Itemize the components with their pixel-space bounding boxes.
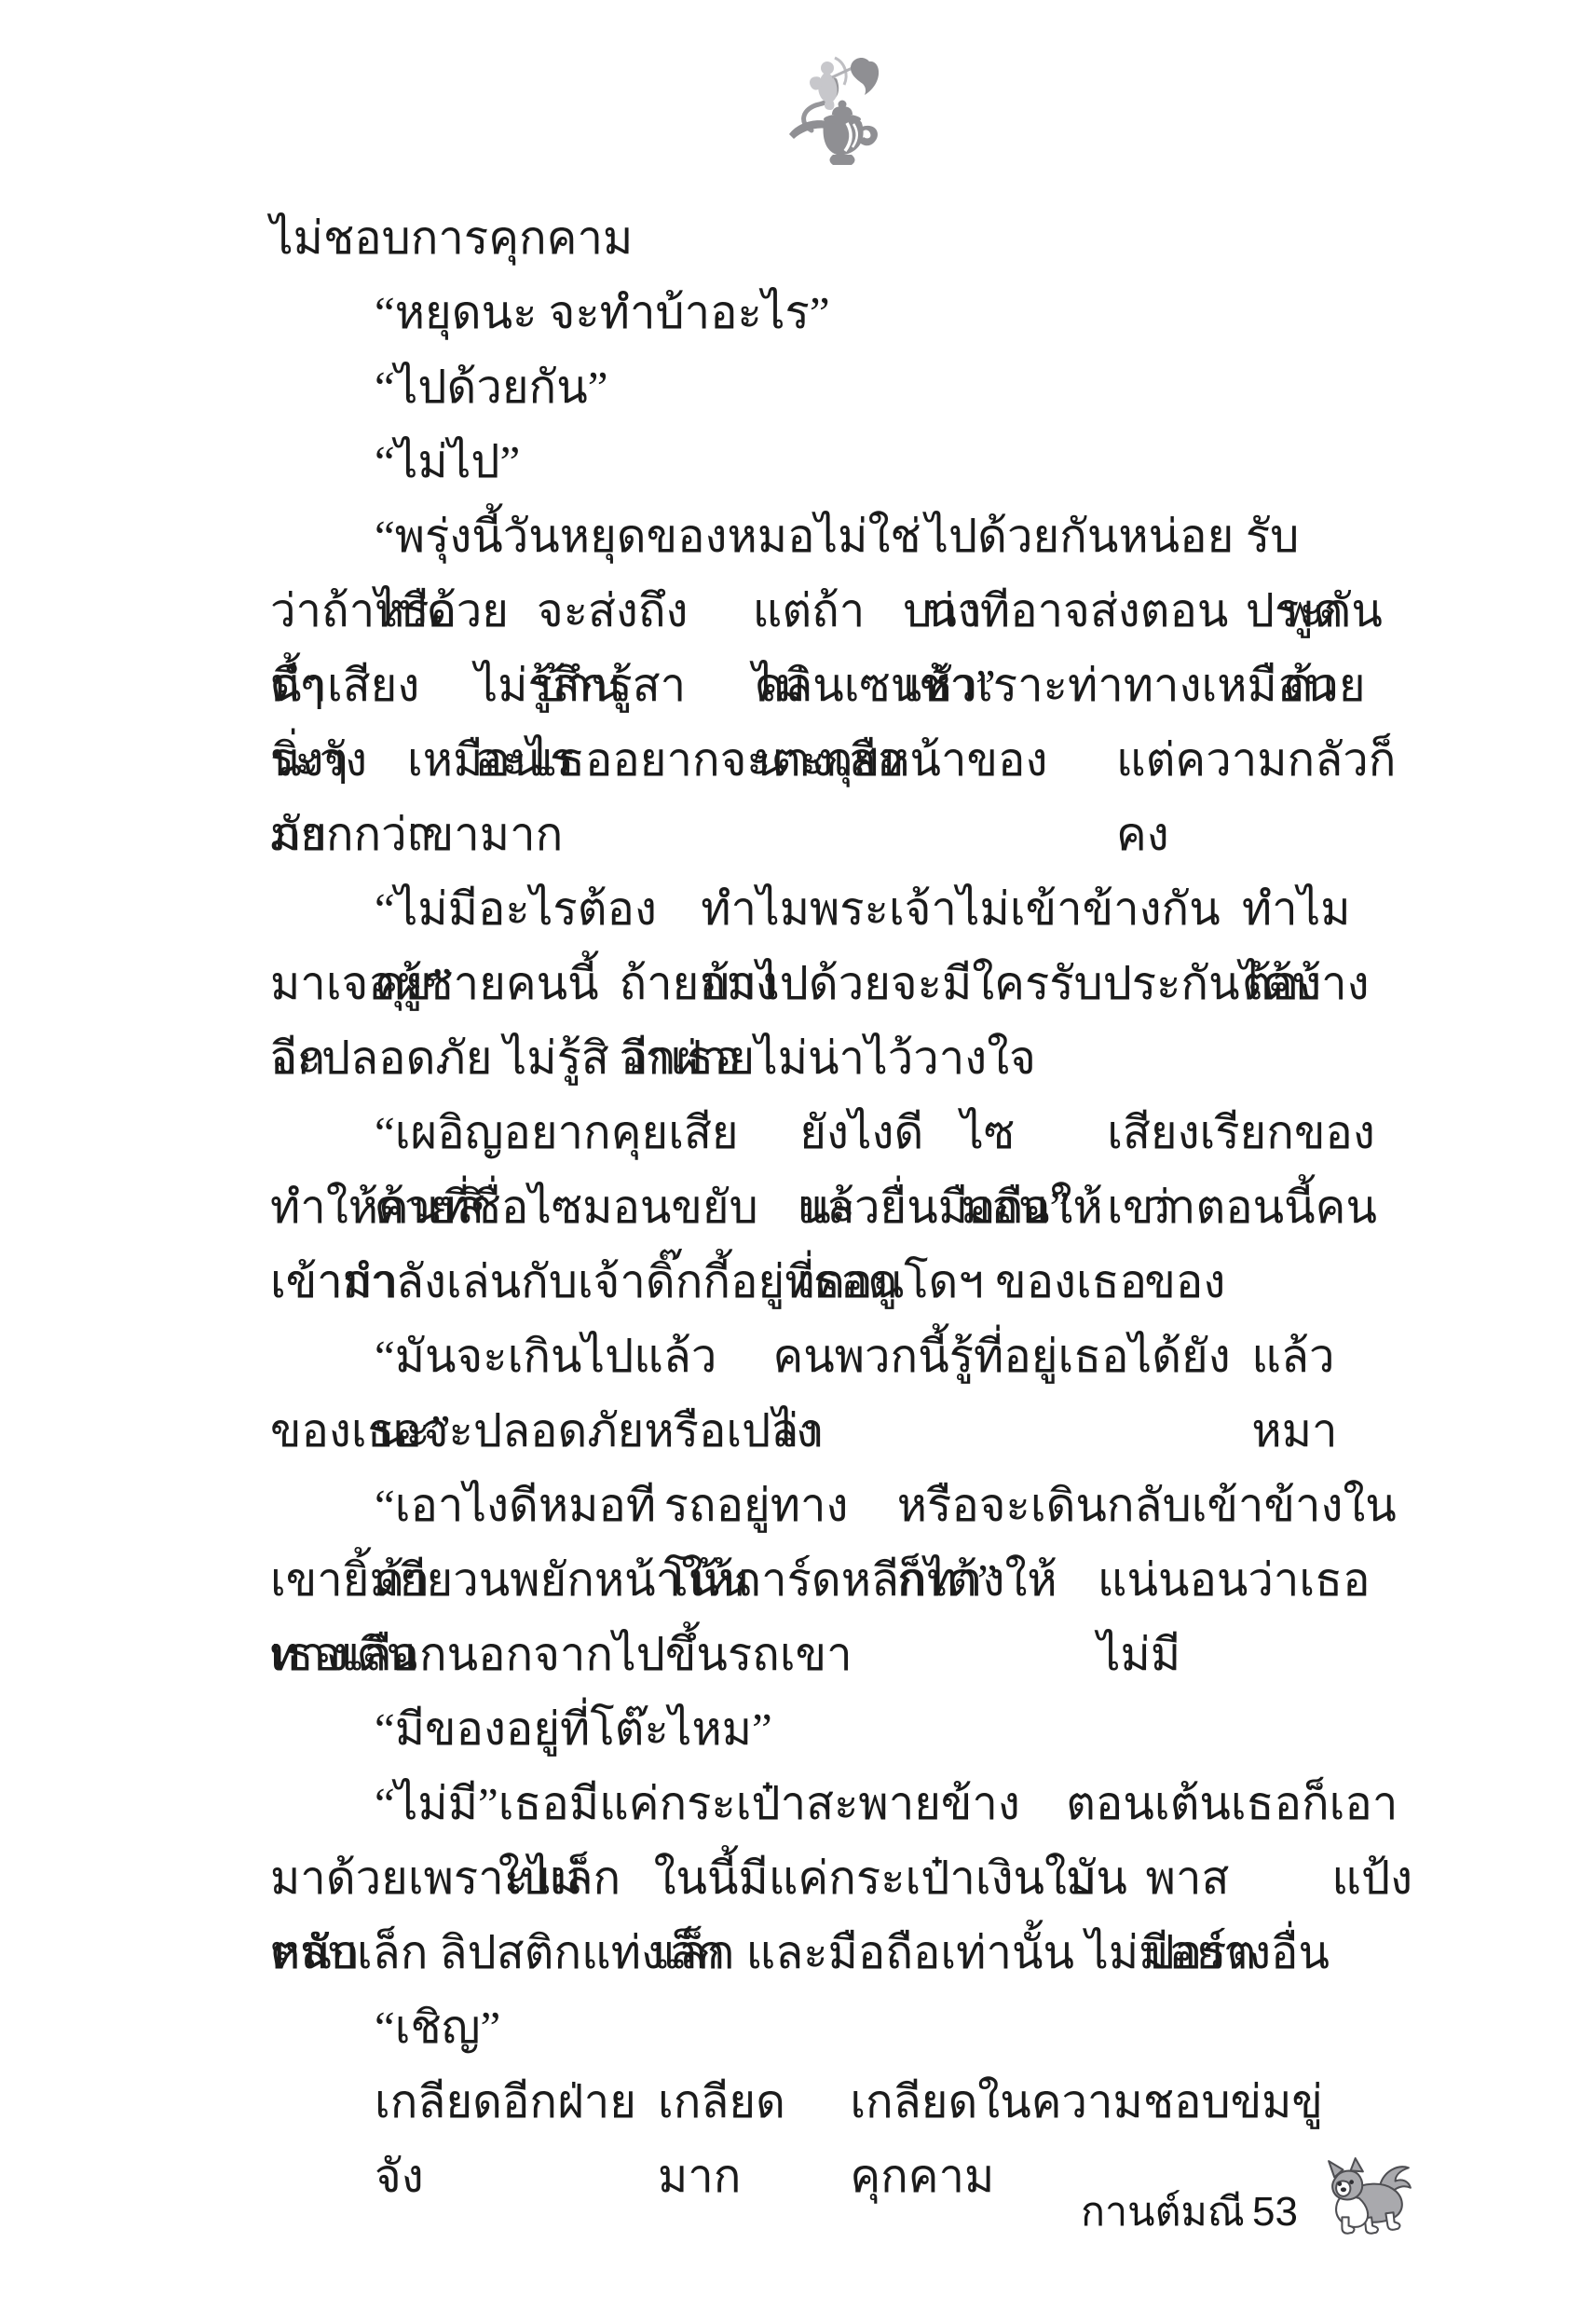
text-line: ระวังภัยเหมือนเธออยากจะตะกุยหน้าของเขามา… <box>270 723 1412 798</box>
text-line: “เอาไงดีหมอทีด้ารถอยู่ทางโน้นหรือจะเดินก… <box>270 1469 1412 1543</box>
text-line: เกลียดอีกฝ่ายจังเกลียดมากเกลียดในความชอบ… <box>270 2065 1412 2140</box>
text-line: “เชิญ” <box>270 1990 1412 2065</box>
text-line: ตลับเล็ก ลิปสติกแท่งเล็ก และมือถือเท่านั… <box>270 1916 1412 1990</box>
heart-shape <box>851 58 879 95</box>
text-line: “ไม่ไป” <box>270 425 1412 499</box>
cupid-genie-lamp-icon <box>785 54 895 173</box>
text-line: “ไม่มีอะไรต้องคุย”ทำไมพระเจ้าไม่เข้าข้าง… <box>270 872 1412 947</box>
text-line: ของเธอจะปลอดภัยหรือเปล่า <box>270 1394 1412 1469</box>
text-line: “ไปด้วยกัน” <box>270 350 1412 425</box>
text-line: “ไม่มี”เธอมีแค่กระเป๋าสะพายข้างใบเล็กตอน… <box>270 1767 1412 1841</box>
text-line: ว่าถ้าไปด้วยดีๆจะส่งถึงบ้านแต่ถ้าไม่บางท… <box>270 574 1412 649</box>
text-line: น้ำเสียงนิ่งๆไม่รู้สึกรู้สาอะไรคลินเซนหั… <box>270 649 1412 723</box>
text-line: “หยุดนะ จะทำบ้าอะไร” <box>270 276 1412 350</box>
footer-book-title: กานต์มณี <box>1081 2186 1245 2238</box>
text-line: ทำให้คนที่ชื่อไซมอนขยับเข้ามาแล้วยื่นมือ… <box>270 1170 1412 1245</box>
book-page: ไม่ชอบการคุกคาม “หยุดนะ จะทำบ้าอะไร” “ไป… <box>0 0 1596 2311</box>
genie-lamp <box>789 101 878 166</box>
text-line: เขากำลังเล่นกับเจ้าดิ๊กกี้อยู่ที่คอนโดฯ … <box>270 1245 1412 1320</box>
footer-page-number: 53 <box>1252 2186 1298 2238</box>
text-line: “มันจะเกินไปแล้วนะ”คนพวกนี้รู้ที่อยู่เธอ… <box>270 1320 1412 1394</box>
text-line: จะปลอดภัย ไม่รู้สิ อีกฝ่ายไม่น่าไว้วางใจ <box>270 1021 1412 1096</box>
page-text-block: ไม่ชอบการคุกคาม “หยุดนะ จะทำบ้าอะไร” “ไป… <box>270 201 1412 2140</box>
text-line: เขายิ้มยียวนพยักหน้าให้การ์ดหลีกทางให้เธ… <box>270 1543 1412 1618</box>
text-line: “เผอิญอยากคุยเสียด้วยสิยังไงดีนะไซมอน”เส… <box>270 1096 1412 1170</box>
text-line: ไม่ชอบการคุกคาม <box>270 201 1412 276</box>
text-line: มาเจอผู้ชายคนนี้อีกถ้ายอมไปด้วยจะมีใครรั… <box>270 947 1412 1021</box>
text-line: “พรุ่งนี้วันหยุดของหมอไม่ใช่หรือไปด้วยกั… <box>270 499 1412 574</box>
text-line: ทางเลือกนอกจากไปขึ้นรถเขา <box>270 1618 1412 1692</box>
text-line: “มีของอยู่ที่โต๊ะไหม” <box>270 1692 1412 1767</box>
corgi-dog-icon <box>1323 2156 1414 2244</box>
text-line: มาด้วยเพราะไม่หนักในนี้มีแค่กระเป๋าเงินใ… <box>270 1841 1412 1916</box>
